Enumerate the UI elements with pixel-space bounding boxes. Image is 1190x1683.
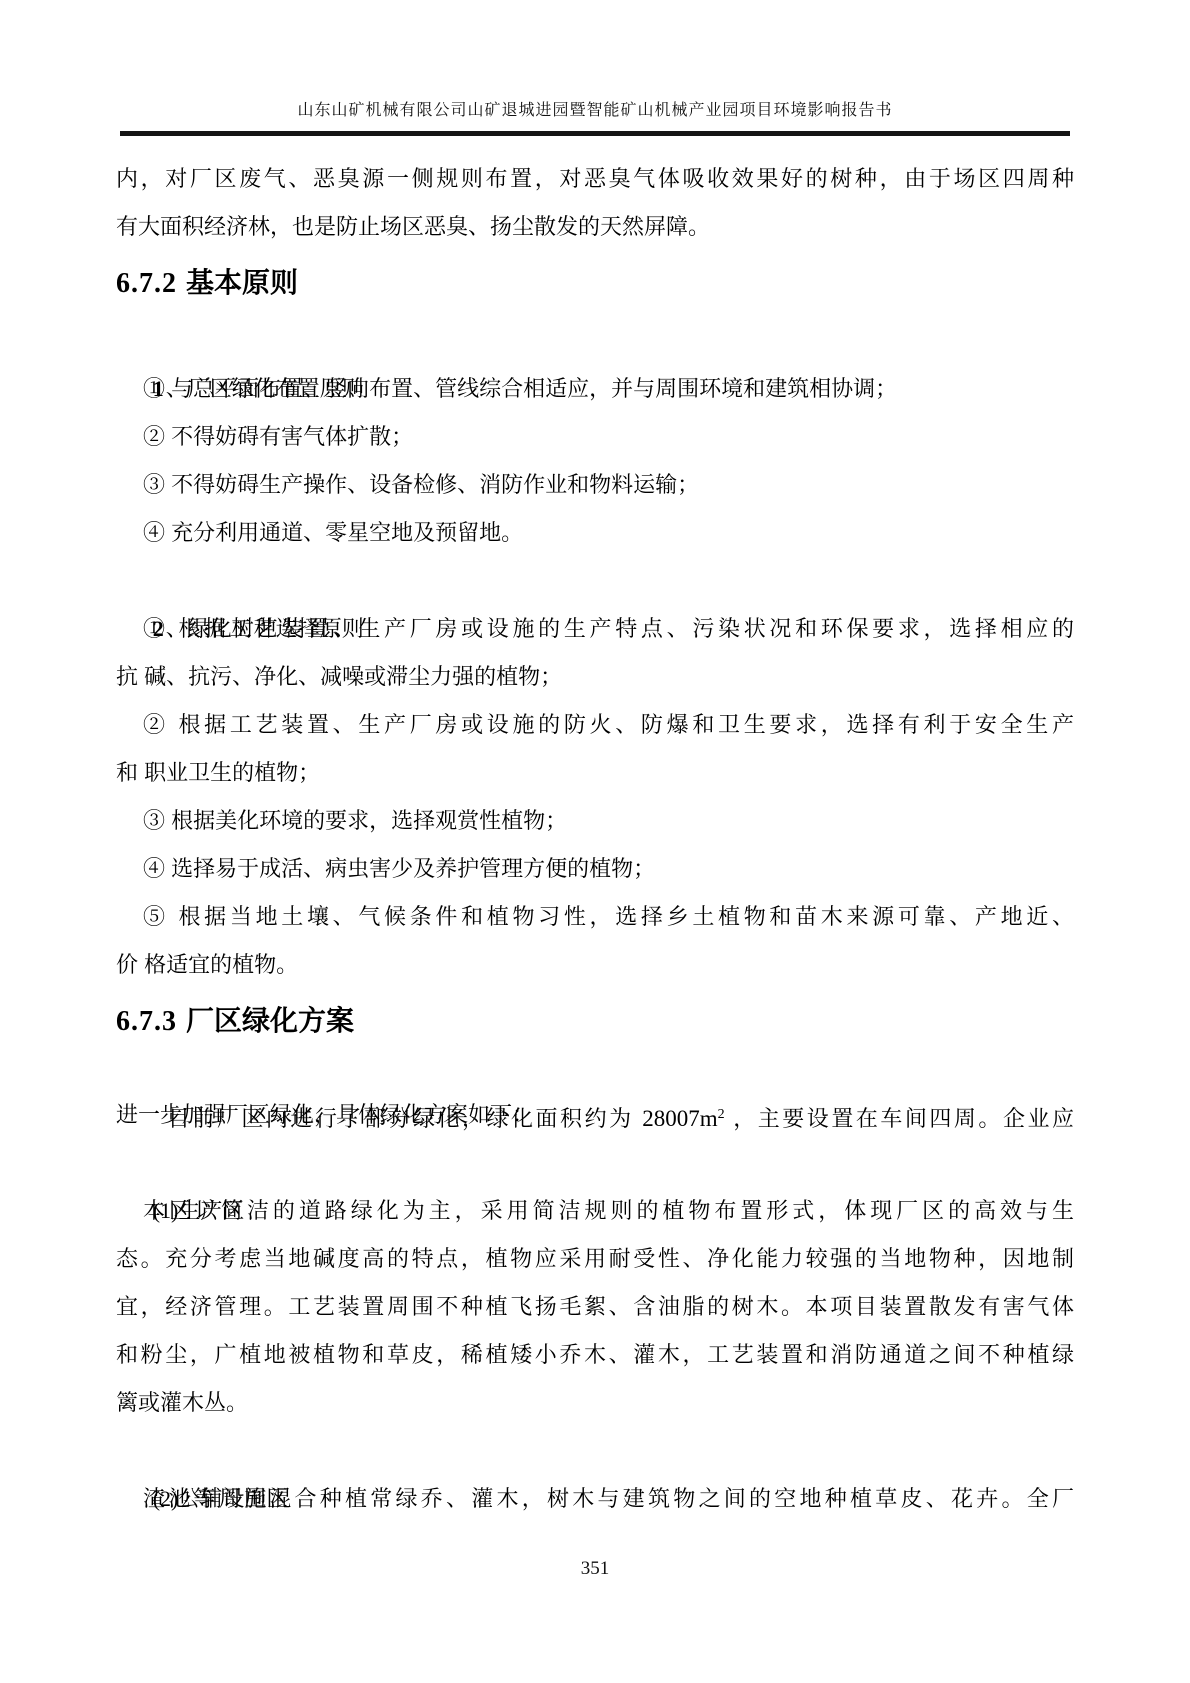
header-title: 山东山矿机械有限公司山矿退城进园暨智能矿山机械产业园项目环境影响报告书	[120, 100, 1070, 122]
list2-item-3: ③ 根据美化环境的要求，选择观赏性植物；	[116, 797, 1074, 845]
zone1-paragraph-line-4: 和粉尘，广植地被植物和草皮，稀植矮小乔木、灌木，工艺装置和消防通道之间不种植绿	[116, 1331, 1074, 1379]
greening-paragraph-line-1: 目前厂区内进行了部分绿化，绿化面积约为 28007m2 ，主要设置在车间四周。企…	[116, 1043, 1074, 1091]
list1-item-1: ① 与总平面布置、竖向布置、管线综合相适应，并与周围环境和建筑相协调；	[116, 365, 1074, 413]
section-title-673: 厂区绿化方案	[186, 1005, 354, 1036]
zone1-paragraph-line-1: 本区以简洁的道路绿化为主，采用简洁规则的植物布置形式，体现厂区的高效与生	[116, 1187, 1074, 1235]
page-number: 351	[581, 1558, 610, 1579]
section-heading-672: 6.7.2基本原则	[116, 259, 1074, 307]
page-content: 内，对厂区废气、恶臭源一侧规则布置，对恶臭气体吸收效果好的树种，由于场区四周种 …	[116, 155, 1074, 1523]
list1-item-3: ③ 不得妨碍生产操作、设备检修、消防作业和物料运输；	[116, 461, 1074, 509]
intro-paragraph-line-2: 有大面积经济林，也是防止场区恶臭、扬尘散发的天然屏障。	[116, 203, 1074, 251]
list1-item-4: ④ 充分利用通道、零星空地及预留地。	[116, 509, 1074, 557]
list1-title-line: 1、厂区绿化布置原则	[116, 317, 1074, 365]
list2-item-5-line-2: 价 格适宜的植物。	[116, 941, 1074, 989]
zone2-paragraph-line-1: 渣池等周围混合种植常绿乔、灌木，树木与建筑物之间的空地种植草皮、花卉。全厂	[116, 1475, 1074, 1523]
header-double-rule	[120, 131, 1070, 136]
list2-item-2-line-2: 和 职业卫生的植物；	[116, 749, 1074, 797]
greening-text-post: ，主要设置在车间四周。企业应	[725, 1106, 1074, 1131]
list2-item-5-line-1: ⑤ 根据当地土壤、气候条件和植物习性，选择乡土植物和苗木来源可靠、产地近、	[116, 893, 1074, 941]
list2-item-1-line-2: 抗 碱、抗污、净化、减噪或滞尘力强的植物；	[116, 653, 1074, 701]
list1-item-2: ② 不得妨碍有害气体扩散；	[116, 413, 1074, 461]
greening-area-value: 28007m	[642, 1106, 717, 1131]
section-number-673: 6.7.3	[116, 1006, 177, 1037]
list2-item-1-line-1: ① 根据工艺装置、生产厂房或设施的生产特点、污染状况和环保要求，选择相应的	[116, 605, 1074, 653]
zone1-paragraph-line-3: 宜，经济管理。工艺装置周围不种植飞扬毛絮、含油脂的树木。本项目装置散发有害气体	[116, 1283, 1074, 1331]
page-header: 山东山矿机械有限公司山矿退城进园暨智能矿山机械产业园项目环境影响报告书	[120, 100, 1070, 136]
zone1-paragraph-line-5: 篱或灌木丛。	[116, 1379, 1074, 1427]
list2-title-line: 2、绿化树种选择原则	[116, 557, 1074, 605]
greening-area-superscript: 2	[718, 1107, 725, 1122]
section-heading-673: 6.7.3厂区绿化方案	[116, 997, 1074, 1045]
list2-item-2-line-1: ② 根据工艺装置、生产厂房或设施的防火、防爆和卫生要求，选择有利于安全生产	[116, 701, 1074, 749]
list2-item-4: ④ 选择易于成活、病虫害少及养护管理方便的植物；	[116, 845, 1074, 893]
section-number-672: 6.7.2	[116, 268, 177, 299]
page-footer: 351	[0, 1558, 1190, 1580]
zone1-label-line: (1)生产区	[116, 1139, 1074, 1187]
intro-paragraph-line-1: 内，对厂区废气、恶臭源一侧规则布置，对恶臭气体吸收效果好的树种，由于场区四周种	[116, 155, 1074, 203]
section-title-672: 基本原则	[186, 267, 298, 298]
zone1-paragraph-line-2: 态。充分考虑当地碱度高的特点，植物应采用耐受性、净化能力较强的当地物种，因地制	[116, 1235, 1074, 1283]
document-page: 山东山矿机械有限公司山矿退城进园暨智能矿山机械产业园项目环境影响报告书 内，对厂…	[0, 0, 1190, 1683]
zone2-label-line: (2)公辅设施区	[116, 1427, 1074, 1475]
